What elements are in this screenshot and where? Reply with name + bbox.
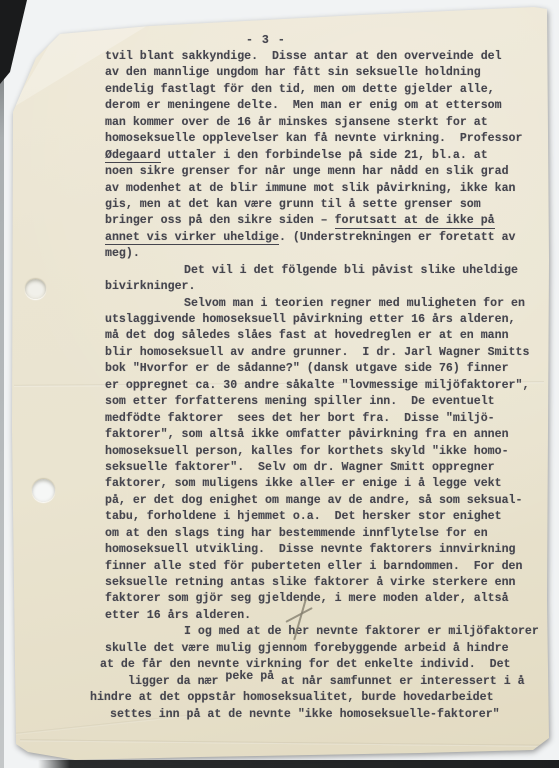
text-segment: Selvom man i teorien regner med mulighet… [184, 297, 525, 310]
text-line: settes inn på at de nevnte "ikke homosek… [110, 707, 550, 723]
text-segment: som etter forfatterens mening spiller in… [105, 395, 495, 408]
text-line: av den mannlige ungdom har fått sin seks… [105, 65, 550, 81]
text-segment: tabu, forholdene i hjemmet o.a. Det hers… [105, 510, 502, 523]
document-page: - 3 - tvil blant sakkyndige. Disse antar… [0, 0, 559, 768]
underlined-text: annet vis virker uheldige [105, 231, 279, 246]
text-line: faktorer", som altså ikke omfatter påvir… [105, 427, 550, 443]
typewritten-text: tvil blant sakkyndige. Disse antar at de… [105, 49, 550, 723]
text-segment: noen sikre grenser for når unge menn har… [105, 165, 509, 178]
text-segment: finner alle sted för puberteten eller i … [105, 560, 522, 573]
text-line: gis, men at det kan være grunn til å set… [105, 197, 550, 213]
punch-hole-bottom [32, 479, 55, 502]
text-line: seksuelle faktorer". Selv om dr. Wagner … [105, 460, 550, 476]
text-segment: faktorer, som muligens ikke alle [105, 477, 328, 490]
text-segment: etter 16 års alderen. [105, 609, 251, 622]
text-line: homoseksuelle opplevelser kan få nevnte … [105, 131, 550, 147]
underlined-text: Ødegaard [105, 149, 161, 164]
text-line: I og med at de her nevnte faktorer er mi… [105, 624, 550, 640]
text-line: av modenhet at de blir immune mot slik p… [105, 181, 550, 197]
scanned-document-scene: - 3 - tvil blant sakkyndige. Disse antar… [0, 0, 559, 768]
text-line: skulle det være mulig gjennom forebyggen… [105, 641, 550, 657]
text-segment: homoseksuelle opplevelser kan få nevnte … [105, 132, 522, 145]
text-segment: meg). [105, 247, 140, 260]
inserted-text: peke på [225, 670, 274, 683]
text-segment: om at den slags ting har bestemmende inn… [105, 527, 488, 540]
text-line: bringer oss på den sikre siden – forutsa… [105, 213, 550, 229]
text-line: meg). [105, 246, 550, 262]
text-line: homoseksuell utvikling. Disse nevnte fak… [105, 542, 550, 558]
text-line: som etter forfatterens mening spiller in… [105, 394, 550, 410]
text-line: faktorer, som muligens ikke aller er eni… [105, 476, 550, 492]
text-line: på, er det dog enighet om mange av de an… [105, 493, 550, 509]
text-line: annet vis virker uheldige. (Understrekni… [105, 230, 550, 246]
text-line: må det dog således slåes fast at hovedre… [105, 328, 550, 344]
text-segment: ligger da nær [128, 675, 225, 688]
text-segment: utslaggivende homoseksuell påvirkning et… [105, 313, 516, 326]
text-segment: . (Understrekningen er foretatt av [279, 231, 516, 244]
text-segment: at de får den nevnte virkning for det en… [100, 658, 511, 671]
text-segment: I og med at de her nevnte faktorer er mi… [184, 625, 539, 638]
text-segment: settes inn på at de nevnte "ikke homosek… [110, 708, 500, 721]
text-line: Ødegaard uttaler i den forbindelse på si… [105, 148, 550, 164]
text-segment: bringer oss på den sikre siden – [105, 214, 335, 227]
text-segment: derom er meningene delte. Men man er eni… [105, 99, 502, 112]
text-segment: seksuelle retning antas slike faktorer å… [105, 576, 516, 589]
text-line: seksuelle retning antas slike faktorer å… [105, 575, 550, 591]
text-segment: faktorer", som altså ikke omfatter påvir… [105, 428, 509, 441]
underlined-text: forutsatt at de ikke på [335, 214, 495, 229]
text-segment: blir homoseksuell av andre grunner. I dr… [105, 346, 529, 359]
text-line: medfödte faktorer sees det her bort fra.… [105, 411, 550, 427]
text-segment: tvil blant sakkyndige. Disse antar at de… [105, 50, 502, 63]
text-segment: endelig fastlagt för den tid, men om det… [105, 83, 495, 96]
text-line: utslaggivende homoseksuell påvirkning et… [105, 312, 550, 328]
text-segment: at når samfunnet er interessert i å [274, 675, 524, 688]
page-number: - 3 - [246, 34, 286, 47]
text-segment: er oppregnet ca. 30 andre såkalte "lovme… [105, 379, 529, 392]
text-segment: på, er det dog enighet om mange av de an… [105, 494, 522, 507]
text-segment: av modenhet at de blir immune mot slik p… [105, 182, 516, 195]
text-line: blir homoseksuell av andre grunner. I dr… [105, 345, 550, 361]
text-segment: bivirkninger. [105, 280, 195, 293]
text-line: ligger da nær peke på at når samfunnet e… [128, 674, 550, 690]
text-line: derom er meningene delte. Men man er eni… [105, 98, 550, 114]
corner-fold-crease [7, 0, 102, 64]
text-segment: må det dog således slåes fast at hovedre… [105, 329, 509, 342]
text-segment: r [328, 477, 335, 490]
text-line: etter 16 års alderen. [105, 608, 550, 624]
text-line: homoseksuell person, kalles for korthets… [105, 444, 550, 460]
text-segment: faktorer som gjör seg gjeldende, i mere … [105, 592, 509, 605]
text-line: Det vil i det fölgende bli påvist slike … [105, 263, 550, 279]
text-segment: homoseksuell utvikling. Disse nevnte fak… [105, 543, 516, 556]
text-line: tvil blant sakkyndige. Disse antar at de… [105, 49, 550, 65]
text-line: hindre at det oppstår homoseksualitet, b… [90, 690, 550, 706]
text-segment: bok "Hvorfor er de sådanne?" (dansk utga… [105, 362, 509, 375]
text-line: at de får den nevnte virkning for det en… [100, 657, 550, 673]
text-segment: skulle det være mulig gjennom forebyggen… [105, 642, 509, 655]
text-line: er oppregnet ca. 30 andre såkalte "lovme… [105, 378, 550, 394]
text-line: man kommer over de 16 år minskes sjansen… [105, 115, 550, 131]
bottom-crease [20, 739, 540, 746]
text-segment: er enige i å legge vekt [335, 477, 502, 490]
text-line: bok "Hvorfor er de sådanne?" (dansk utga… [105, 361, 550, 377]
text-line: om at den slags ting har bestemmende inn… [105, 526, 550, 542]
text-segment: Det vil i det fölgende bli påvist slike … [184, 264, 518, 277]
text-segment: seksuelle faktorer". Selv om dr. Wagner … [105, 461, 495, 474]
text-line: noen sikre grenser for når unge menn har… [105, 164, 550, 180]
text-segment: gis, men at det kan være grunn til å set… [105, 198, 481, 211]
text-segment: hindre at det oppstår homoseksualitet, b… [90, 691, 494, 704]
text-segment: medfödte faktorer sees det her bort fra.… [105, 412, 495, 425]
text-line: finner alle sted för puberteten eller i … [105, 559, 550, 575]
text-segment: man kommer over de 16 år minskes sjansen… [105, 116, 488, 129]
text-segment: homoseksuell person, kalles for korthets… [105, 445, 509, 458]
text-line: bivirkninger. [105, 279, 550, 295]
punch-hole-top [25, 279, 46, 299]
text-segment: av den mannlige ungdom har fått sin seks… [105, 66, 481, 79]
text-line: tabu, forholdene i hjemmet o.a. Det hers… [105, 509, 550, 525]
text-line: Selvom man i teorien regner med mulighet… [105, 296, 550, 312]
text-segment: uttaler i den forbindelse på side 21, bl… [161, 149, 488, 162]
text-line: faktorer som gjör seg gjeldende, i mere … [105, 591, 550, 607]
text-line: endelig fastlagt för den tid, men om det… [105, 82, 550, 98]
paper-wrap: - 3 - tvil blant sakkyndige. Disse antar… [0, 0, 559, 768]
